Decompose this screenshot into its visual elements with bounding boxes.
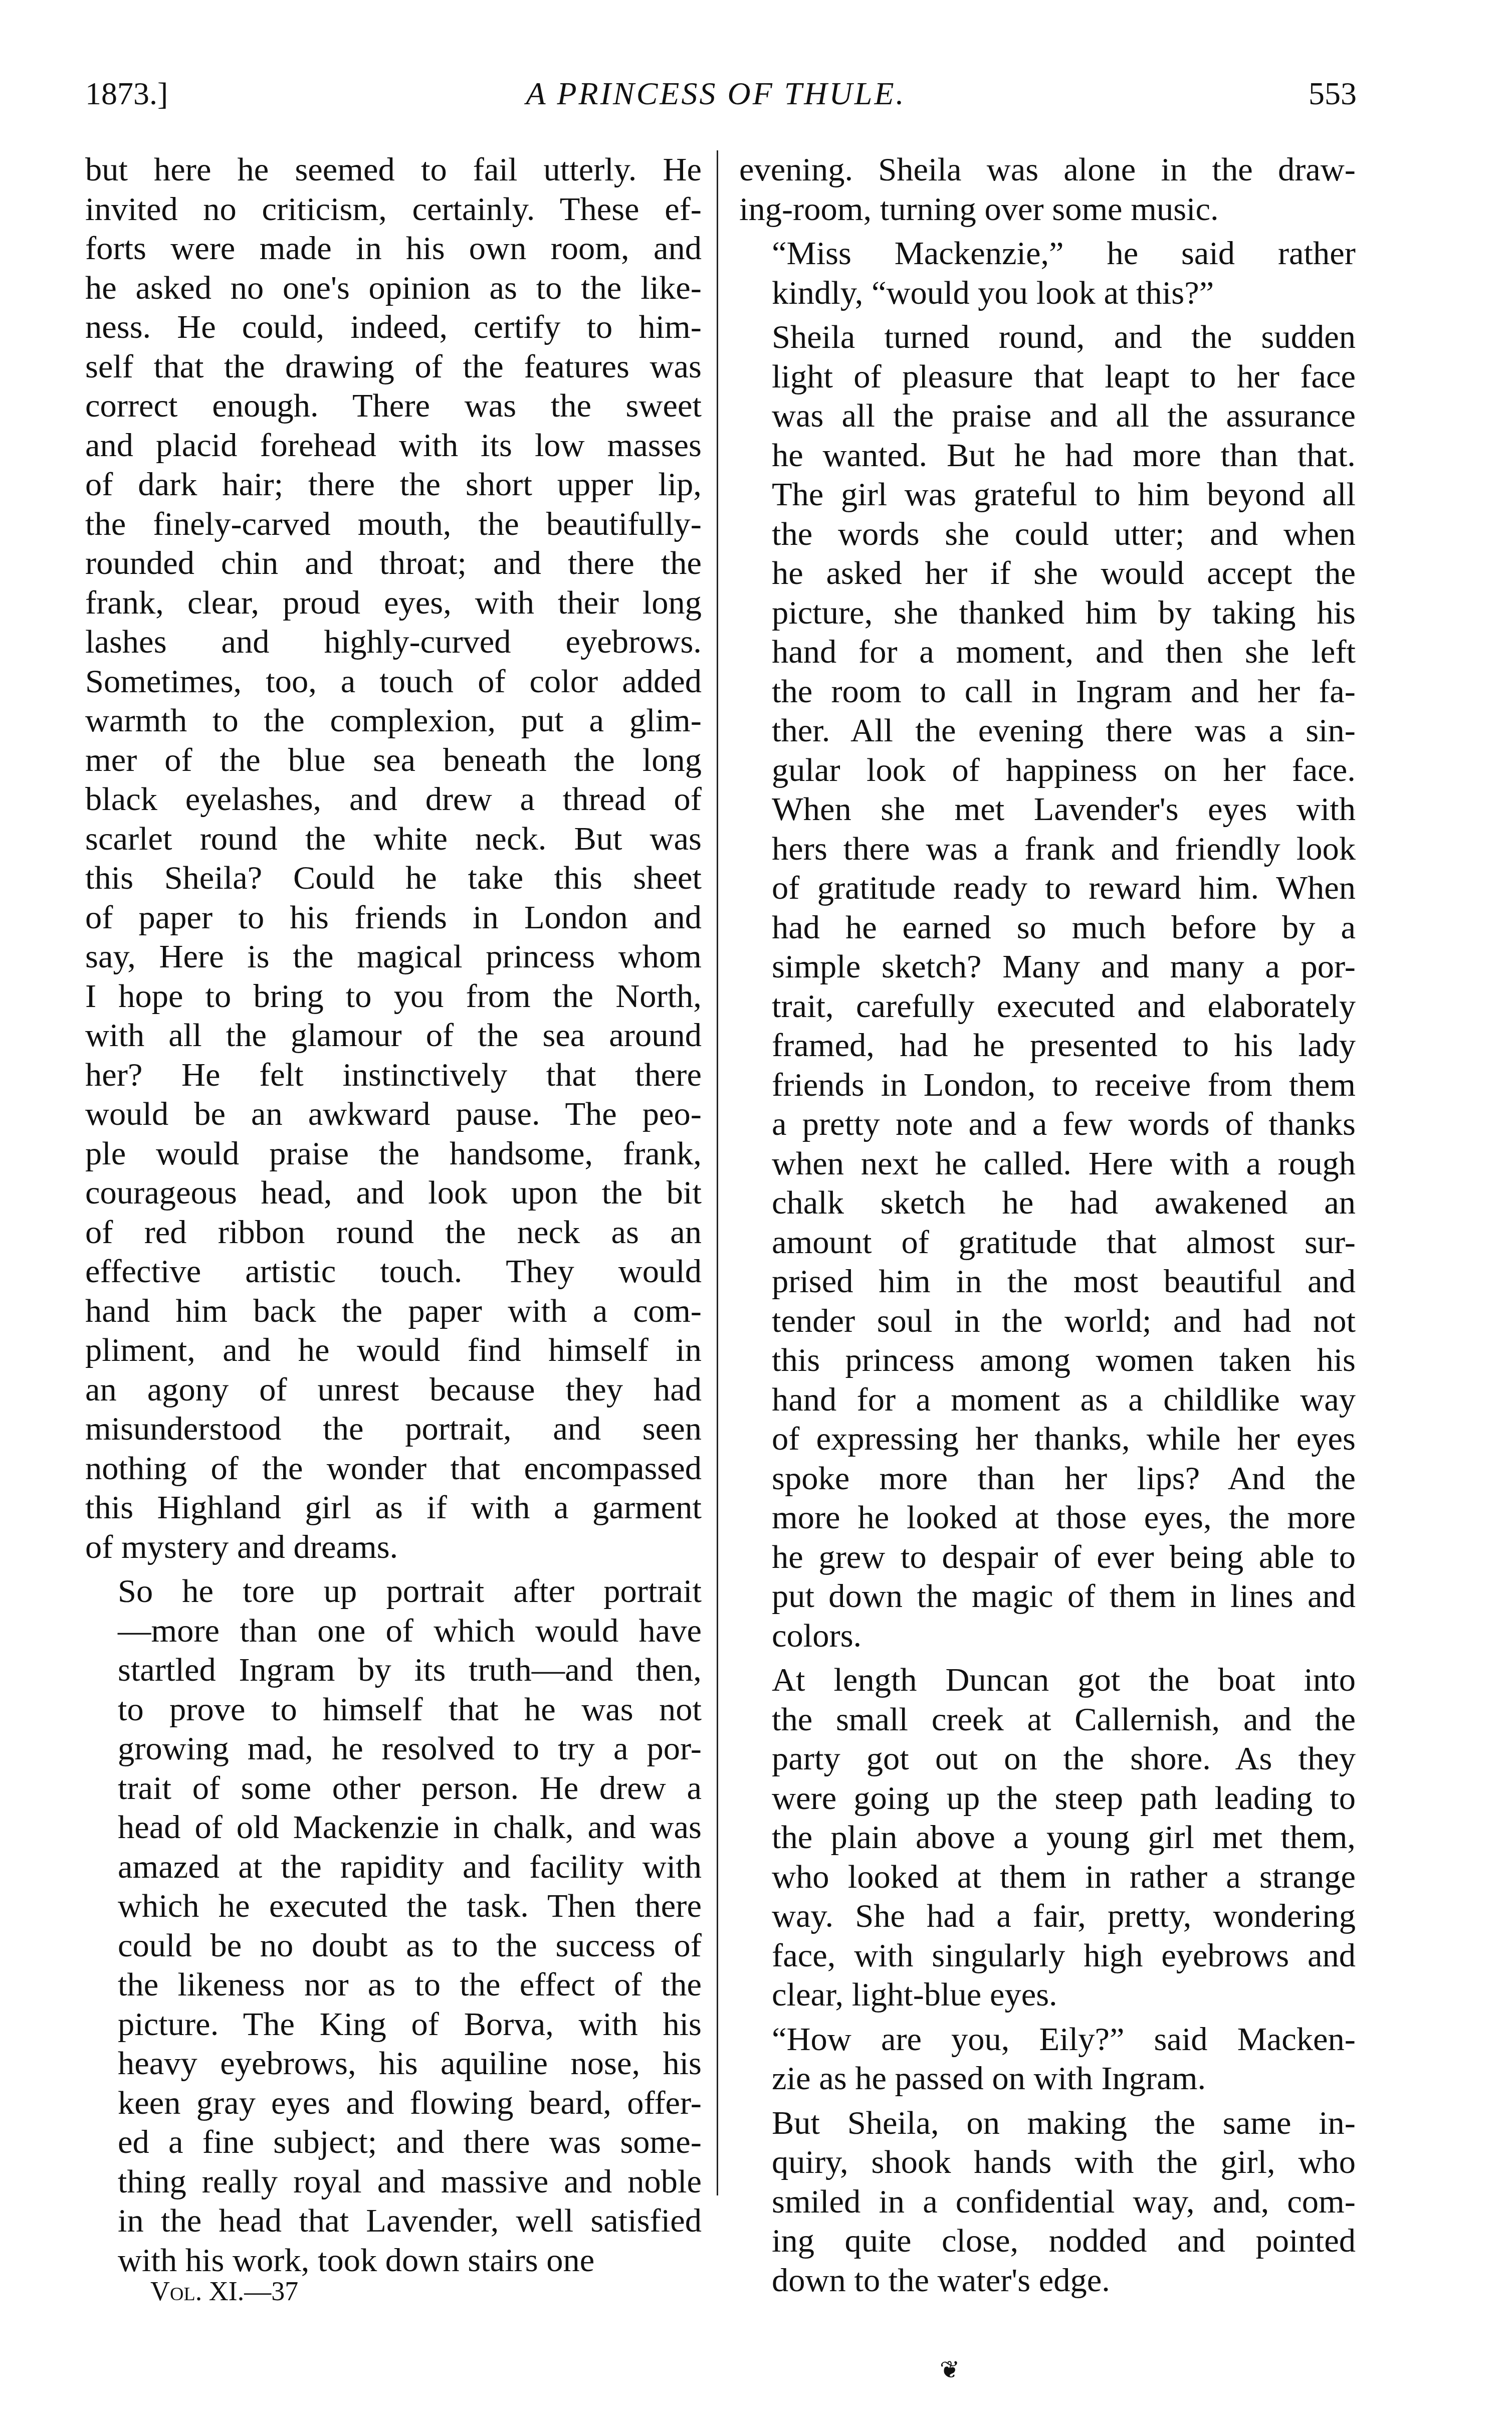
text-line: trait of some other person. He drew a [85,1769,702,1809]
text-line: invited no criticism, certainly. These e… [85,190,702,230]
text-line: her? He felt instinctively that there [85,1056,702,1095]
running-head-title: A PRINCESS OF THULE. [75,75,1357,112]
text-line: I hope to bring to you from the North, [85,977,702,1017]
text-line: head of old Mackenzie in chalk, and was [85,1808,702,1848]
paragraph: But Sheila, on making the same in-quiry,… [739,2104,1356,2301]
text-line: heavy eyebrows, his aquiline nose, his [85,2044,702,2084]
text-line: would be an awkward pause. The peo- [85,1095,702,1134]
text-line: and placid forehead with its low masses [85,426,702,466]
text-line: chalk sketch he had awakened an [739,1183,1356,1223]
right-column: evening. Sheila was alone in the draw-in… [739,150,1356,2300]
text-line: So he tore up portrait after portrait [85,1572,702,1612]
text-line: he asked her if she would accept the [739,554,1356,593]
signature-mark: Vol. XI.—37 [150,2276,298,2307]
text-line: prised him in the most beautiful and [739,1262,1356,1302]
text-line: forts were made in his own room, and [85,229,702,269]
text-line: effective artistic touch. They would [85,1252,702,1292]
text-line: had he earned so much before by a [739,908,1356,948]
text-line: way. She had a fair, pretty, wondering [739,1897,1356,1936]
text-line: tender soul in the world; and had not [739,1302,1356,1341]
running-head: 1873.] A PRINCESS OF THULE. 553 [75,75,1357,120]
text-line: who looked at them in rather a strange [739,1858,1356,1897]
printer-ornament-icon: ❦ [940,2356,960,2384]
text-line: the room to call in Ingram and her fa- [739,672,1356,712]
text-line: scarlet round the white neck. But was [85,820,702,859]
text-line: colors. [739,1617,1356,1656]
text-line: lashes and highly-curved eyebrows. [85,623,702,662]
text-line: of paper to his friends in London and [85,898,702,938]
text-line: Sometimes, too, a touch of color added [85,662,702,702]
paragraph: but here he seemed to fail utterly. Hein… [85,150,702,1567]
text-line: amazed at the rapidity and facility with [85,1848,702,1887]
text-line: light of pleasure that leapt to her face [739,357,1356,397]
text-line: mer of the blue sea beneath the long [85,741,702,780]
text-line: picture. The King of Borva, with his [85,2005,702,2045]
text-line: ness. He could, indeed, certify to him- [85,308,702,347]
text-line: Sheila turned round, and the sudden [739,318,1356,357]
text-line: quiry, shook hands with the girl, who [739,2143,1356,2182]
paragraph: evening. Sheila was alone in the draw-in… [739,150,1356,229]
text-line: keen gray eyes and flowing beard, offer- [85,2084,702,2123]
text-line: black eyelashes, and drew a thread of [85,780,702,820]
paragraph: “Miss Mackenzie,” he said ratherkindly, … [739,234,1356,313]
text-line: amount of gratitude that almost sur- [739,1223,1356,1263]
text-line: rounded chin and throat; and there the [85,544,702,583]
text-line: framed, had he presented to his lady [739,1026,1356,1066]
text-line: with his work, took down stairs one [85,2241,702,2281]
text-line: ing quite close, nodded and pointed [739,2222,1356,2261]
text-line: of dark hair; there the short upper lip, [85,465,702,505]
text-line: the small creek at Callernish, and the [739,1700,1356,1740]
paragraph: “How are you, Eily?” said Macken-zie as … [739,2020,1356,2099]
text-line: more he looked at those eyes, the more [739,1498,1356,1538]
text-line: of expressing her thanks, while her eyes [739,1420,1356,1459]
text-line: hand for a moment as a childlike way [739,1380,1356,1420]
text-line: ther. All the evening there was a sin- [739,711,1356,751]
text-line: to prove to himself that he was not [85,1690,702,1730]
text-line: put down the magic of them in lines and [739,1577,1356,1617]
text-line: in the head that Lavender, well satisfie… [85,2201,702,2241]
paragraph: So he tore up portrait after portrait—mo… [85,1572,702,2280]
text-line: The girl was grateful to him beyond all [739,475,1356,515]
text-line: hers there was a frank and friendly look [739,830,1356,869]
paragraph: At length Duncan got the boat intothe sm… [739,1661,1356,2015]
text-line: with all the glamour of the sea around [85,1016,702,1056]
text-line: growing mad, he resolved to try a por- [85,1729,702,1769]
text-line: clear, light-blue eyes. [739,1975,1356,2015]
paragraph: Sheila turned round, and the suddenlight… [739,318,1356,1656]
text-line: ed a fine subject; and there was some- [85,2123,702,2162]
text-line: face, with singularly high eyebrows and [739,1936,1356,1976]
text-line: this Sheila? Could he take this sheet [85,859,702,898]
column-rule [717,150,718,2195]
text-line: hand him back the paper with a com- [85,1292,702,1331]
text-line: friends in London, to receive from them [739,1066,1356,1105]
text-line: gular look of happiness on her face. [739,751,1356,790]
text-line: a pretty note and a few words of thanks [739,1105,1356,1144]
text-line: but here he seemed to fail utterly. He [85,150,702,190]
text-line: picture, she thanked him by taking his [739,593,1356,633]
text-line: nothing of the wonder that encompassed [85,1449,702,1489]
text-line: the plain above a young girl met them, [739,1818,1356,1858]
text-line: self that the drawing of the features wa… [85,347,702,387]
text-line: of mystery and dreams. [85,1528,702,1567]
text-line: misunderstood the portrait, and seen [85,1410,702,1449]
text-line: When she met Lavender's eyes with [739,790,1356,830]
text-line: “How are you, Eily?” said Macken- [739,2020,1356,2060]
text-line: trait, carefully executed and elaboratel… [739,987,1356,1027]
text-line: smiled in a confidential way, and, com- [739,2182,1356,2222]
text-line: party got out on the shore. As they [739,1739,1356,1779]
text-line: —more than one of which would have [85,1612,702,1651]
text-line: At length Duncan got the boat into [739,1661,1356,1700]
text-line: the words she could utter; and when [739,515,1356,554]
text-line: the likeness nor as to the effect of the [85,1965,702,2005]
text-line: of red ribbon round the neck as an [85,1213,702,1253]
text-line: But Sheila, on making the same in- [739,2104,1356,2143]
text-line: warmth to the complexion, put a glim- [85,701,702,741]
text-line: could be no doubt as to the success of [85,1926,702,1966]
text-line: which he executed the task. Then there [85,1887,702,1926]
text-line: when next he called. Here with a rough [739,1144,1356,1184]
text-line: simple sketch? Many and many a por- [739,947,1356,987]
text-line: this princess among women taken his [739,1341,1356,1380]
text-line: were going up the steep path leading to [739,1779,1356,1819]
text-line: spoke more than her lips? And the [739,1459,1356,1499]
text-line: ing-room, turning over some music. [739,190,1356,230]
text-line: say, Here is the magical princess whom [85,937,702,977]
text-line: an agony of unrest because they had [85,1370,702,1410]
text-line: thing really royal and massive and noble [85,2162,702,2202]
text-line: startled Ingram by its truth—and then, [85,1651,702,1690]
text-line: hand for a moment, and then she left [739,633,1356,672]
text-line: frank, clear, proud eyes, with their lon… [85,583,702,623]
text-line: this Highland girl as if with a garment [85,1488,702,1528]
text-line: courageous head, and look upon the bit [85,1173,702,1213]
text-line: down to the water's edge. [739,2261,1356,2301]
text-line: he wanted. But he had more than that. [739,436,1356,476]
text-line: evening. Sheila was alone in the draw- [739,150,1356,190]
text-line: zie as he passed on with Ingram. [739,2059,1356,2099]
text-line: was all the praise and all the assurance [739,396,1356,436]
text-line: ple would praise the handsome, frank, [85,1134,702,1174]
page-number: 553 [1309,75,1357,112]
text-line: the finely-carved mouth, the beautifully… [85,505,702,544]
text-line: correct enough. There was the sweet [85,386,702,426]
text-line: kindly, “would you look at this?” [739,274,1356,313]
left-column: but here he seemed to fail utterly. Hein… [85,150,702,2280]
text-line: he asked no one's opinion as to the like… [85,269,702,308]
text-line: he grew to despair of ever being able to [739,1538,1356,1577]
text-line: “Miss Mackenzie,” he said rather [739,234,1356,274]
text-line: of gratitude ready to reward him. When [739,869,1356,908]
text-line: pliment, and he would find himself in [85,1331,702,1370]
